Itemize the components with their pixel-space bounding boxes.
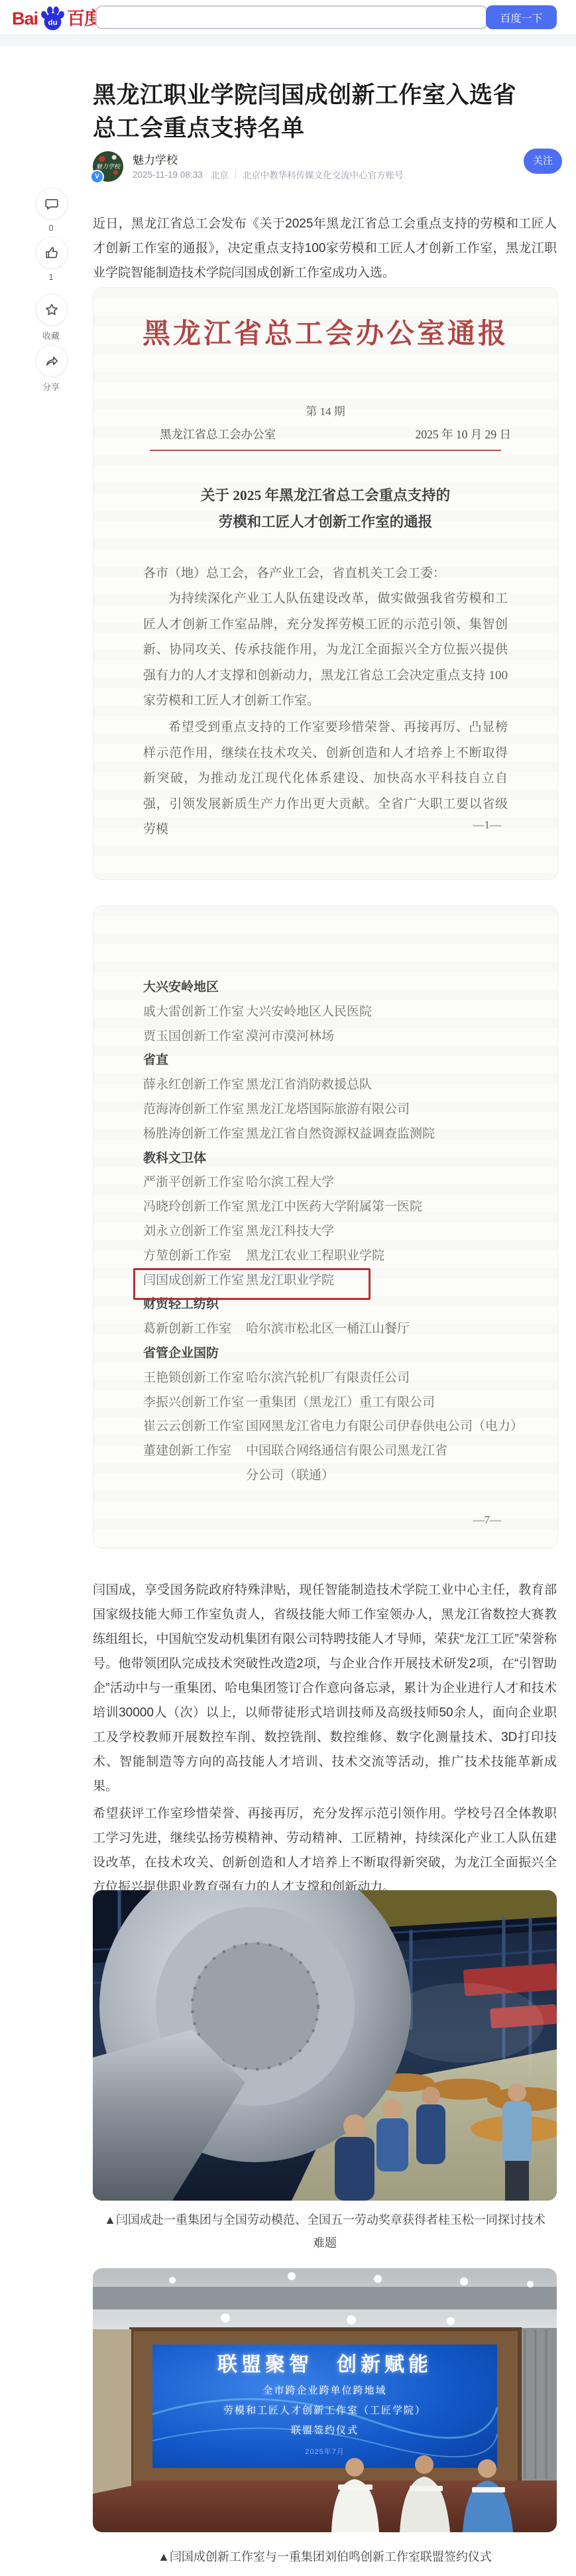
- svg-text:du: du: [48, 19, 58, 27]
- list-item: 杨胜涛创新工作室黑龙江省自然资源权益调查监测院: [143, 1122, 528, 1147]
- list-item-continuation: 分公司（联通）: [143, 1464, 528, 1488]
- list-item: 王艳锁创新工作室哈尔滨汽轮机厂有限责任公司: [143, 1366, 528, 1391]
- list-item: 冯晓玲创新工作室黑龙江中医药大学附属第一医院: [143, 1195, 528, 1220]
- list-item: 崔云云创新工作室国网黑龙江省电力有限公司伊春供电公司（电力）: [143, 1415, 528, 1439]
- rail-share[interactable]: 分享: [36, 345, 66, 393]
- factory-scene-illustration: [93, 1890, 557, 2201]
- favorite-label: 收藏: [36, 329, 66, 342]
- baidu-logo[interactable]: Bai du 百度: [12, 5, 101, 31]
- doc-page-number-7: —7—: [473, 1513, 502, 1527]
- doc-paragraph-1: 为持续深化产业工人队伍建设改革，做实做强我省劳模和工匠人才创新工作室品牌，充分发…: [143, 586, 508, 714]
- doc-office: 黑龙江省总工会办公室: [160, 426, 276, 442]
- comment-count: 0: [36, 223, 66, 233]
- photo-factory-visit[interactable]: [93, 1890, 557, 2201]
- baidu-paw-icon: du: [38, 5, 66, 32]
- document-image-page7[interactable]: 大兴安岭地区 戚大雷创新工作室大兴安岭地区人民医院 贾玉国创新工作室漠河市漠河林…: [93, 905, 558, 1549]
- rail-comment[interactable]: 0: [36, 188, 66, 233]
- star-icon: [44, 302, 59, 317]
- doc-salutation: 各市（地）总工会，各产业工会，省直机关工会工委：: [143, 561, 508, 587]
- doc-date: 2025 年 10 月 29 日: [416, 426, 511, 442]
- list-item: 葛新创新工作室哈尔滨市松北区一桶江山餐厅: [143, 1317, 528, 1342]
- list-item: 严浙平创新工作室哈尔滨工程大学: [143, 1171, 528, 1195]
- ceremony-scene-illustration: [93, 2268, 557, 2532]
- list-section: 教科文卫体: [143, 1147, 528, 1171]
- list-item: 薛永红创新工作室黑龙江省消防救援总队: [143, 1073, 528, 1098]
- account-description: 北京中教华科传媒文化交流中心官方账号: [243, 168, 404, 181]
- author-name[interactable]: 魅力学校: [133, 151, 178, 167]
- like-button[interactable]: [36, 237, 68, 269]
- doc-issue-number: 第 14 期: [93, 402, 557, 419]
- verified-badge-icon: V: [90, 170, 104, 184]
- list-section: 大兴安岭地区: [143, 976, 528, 1000]
- rail-favorite[interactable]: 收藏: [36, 294, 66, 342]
- article-paragraph-1: 近日，黑龙江省总工会发布《关于2025年黑龙江省总工会重点支持的劳模和工匠人才创…: [93, 212, 557, 285]
- list-item: 贾玉国创新工作室漠河市漠河林场: [143, 1025, 528, 1049]
- comment-button[interactable]: [36, 188, 68, 220]
- comment-icon: [44, 196, 59, 211]
- photo1-caption: ▲闫国成赴一重集团与全国劳动模范、全国五一劳动奖章获得者桂玉松一同探讨技术难题: [99, 2209, 550, 2255]
- publish-datetime: 2025-11-19 08:33: [133, 170, 203, 180]
- doc-masthead-title: 黑龙江省总工会办公室通报: [93, 312, 557, 352]
- share-button[interactable]: [36, 345, 68, 377]
- rail-like[interactable]: 1: [36, 237, 66, 282]
- like-count: 1: [36, 272, 66, 282]
- photo2-caption: ▲闫国成创新工作室与一重集团刘伯鸣创新工作室联盟签约仪式: [99, 2545, 550, 2569]
- list-item: 董建创新工作室中国联合网络通信有限公司黑龙江省: [143, 1439, 528, 1464]
- baidu-header: Bai du 百度 百度一下: [0, 0, 576, 35]
- article-paragraph-3: 希望获评工作室珍惜荣誉、再接再厉，充分发挥示范引领作用。学校号召全体教职工学习先…: [93, 1801, 557, 1900]
- list-section: 省管企业国防: [143, 1342, 528, 1366]
- photo-signing-ceremony[interactable]: 联盟聚智 创新赋能 全市跨企业跨单位跨地域 劳模和工匠人才创新工作室（工匠学院）…: [93, 2268, 557, 2532]
- list-item: 戚大雷创新工作室大兴安岭地区人民医院: [143, 1000, 528, 1025]
- share-icon: [44, 354, 59, 368]
- search-button[interactable]: 百度一下: [486, 5, 557, 29]
- doc-office-date-row: 黑龙江省总工会办公室 2025 年 10 月 29 日: [160, 426, 511, 442]
- workshop-list: 大兴安岭地区 戚大雷创新工作室大兴安岭地区人民医院 贾玉国创新工作室漠河市漠河林…: [143, 976, 528, 1488]
- doc-red-rule: [150, 450, 501, 451]
- list-item: 李振兴创新工作室一重集团（黑龙江）重工有限公司: [143, 1391, 528, 1415]
- search-input[interactable]: [95, 5, 488, 29]
- author-meta: 2025-11-19 08:33 北京 北京中教华科传媒文化交流中心官方账号: [133, 168, 404, 181]
- meta-divider: [235, 170, 236, 179]
- page-title: 黑龙江职业学院闫国成创新工作室入选省总工会重点支持名单: [93, 79, 533, 145]
- list-section: 省直: [143, 1049, 528, 1073]
- baidu-logo-bai: Bai: [12, 6, 38, 31]
- baidu-article-page: Bai du 百度 百度一下 0 1: [0, 0, 576, 2576]
- list-item: 方堃创新工作室黑龙江农业工程职业学院: [143, 1244, 528, 1269]
- doc-title-line2: 劳模和工匠人才创新工作室的通报: [93, 511, 557, 531]
- doc-page-number-1: —1—: [473, 818, 502, 832]
- header-divider-band: [0, 35, 576, 46]
- publish-location: 北京: [211, 168, 229, 181]
- follow-button[interactable]: 关注: [524, 149, 562, 174]
- favorite-button[interactable]: [36, 294, 68, 326]
- highlight-box: [133, 1268, 371, 1300]
- doc-title-line1: 关于 2025 年黑龙江省总工会重点支持的: [93, 484, 557, 505]
- thumbs-up-icon: [44, 245, 59, 260]
- share-label: 分享: [36, 380, 66, 393]
- list-item: 范海涛创新工作室黑龙江龙塔国际旅游有限公司: [143, 1098, 528, 1122]
- doc-paragraph-2: 希望受到重点支持的工作室要珍惜荣誉、再接再厉、凸显榜样示范作用，继续在技术攻关、…: [143, 715, 508, 843]
- list-item: 刘永立创新工作室黑龙江科技大学: [143, 1220, 528, 1244]
- document-image-page1[interactable]: 黑龙江省总工会办公室通报 第 14 期 黑龙江省总工会办公室 2025 年 10…: [93, 287, 558, 880]
- article-paragraph-2: 闫国成，享受国务院政府特殊津贴，现任智能制造技术学院工业中心主任，教育部国家级技…: [93, 1578, 557, 1799]
